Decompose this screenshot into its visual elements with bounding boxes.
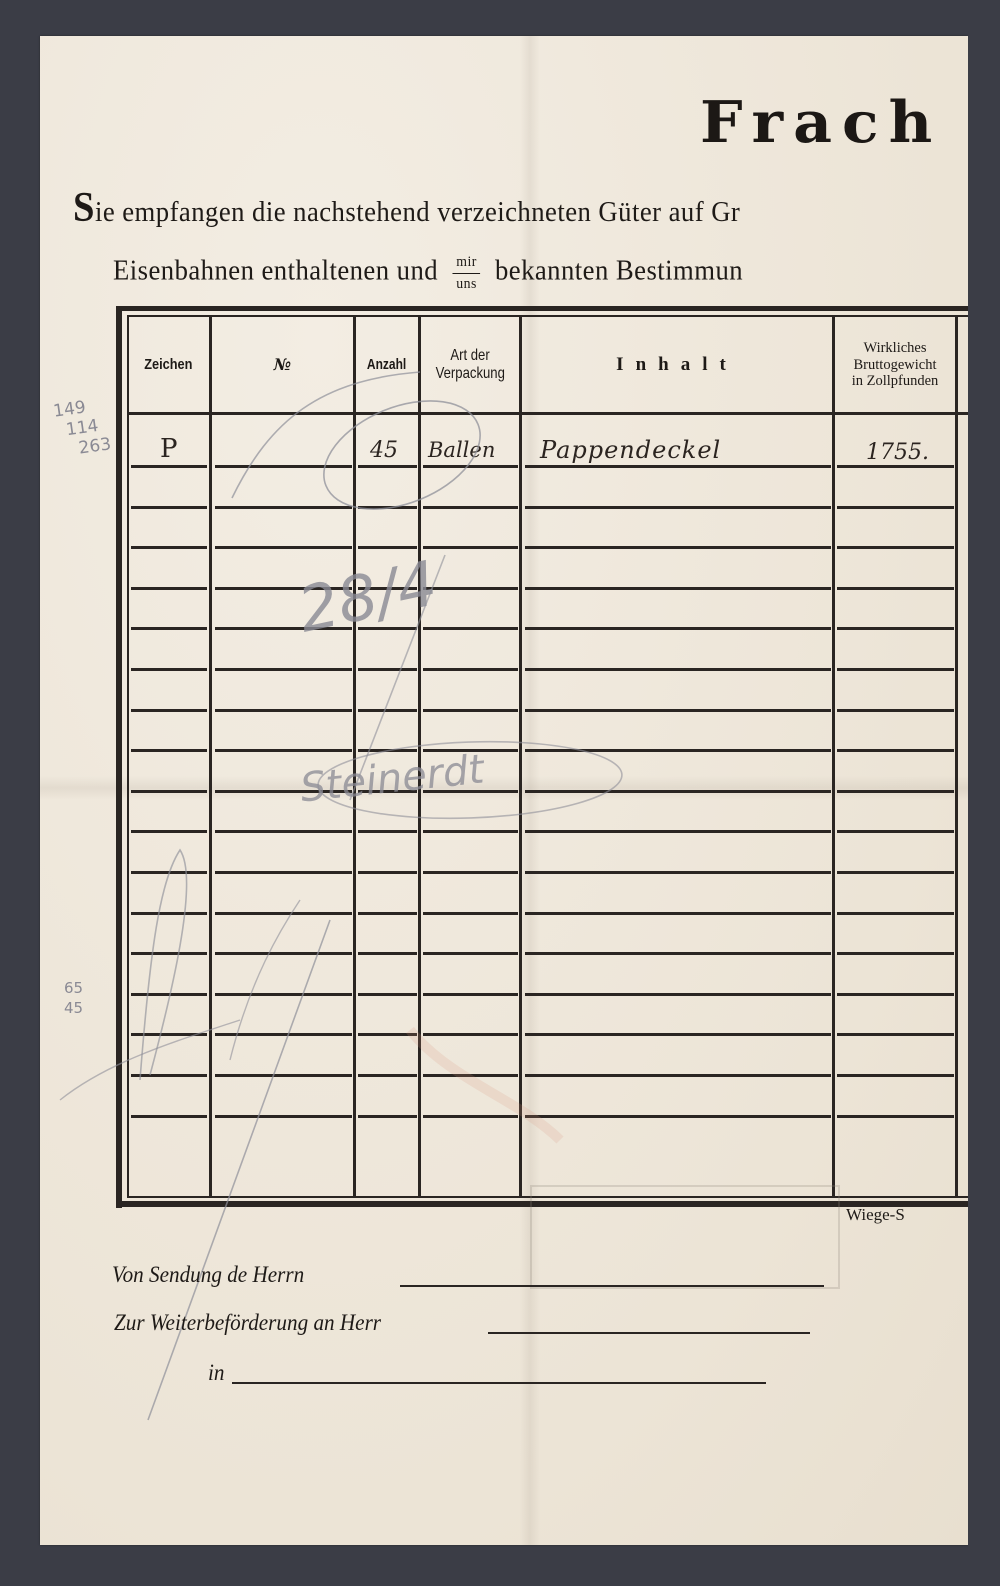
row-line	[837, 790, 954, 793]
row-line	[525, 749, 831, 752]
label-weiterbefoerderung: Zur Weiterbeförderung an Herr	[114, 1310, 381, 1336]
header-zeichen: Zeichen	[128, 318, 209, 412]
header-inhalt-label: Inhalt	[616, 354, 738, 376]
row-line	[131, 546, 207, 549]
row-line	[423, 668, 518, 671]
row-line	[131, 952, 207, 955]
row-line	[525, 1074, 831, 1077]
row-line	[525, 830, 831, 833]
column-divider	[832, 316, 835, 1196]
row-line	[215, 1074, 352, 1077]
header-nr-label: №	[274, 356, 291, 374]
row-line	[358, 465, 417, 468]
row-line	[358, 871, 417, 874]
row-line	[131, 668, 207, 671]
row-line	[423, 506, 518, 509]
row-1-zeichen: P	[160, 434, 178, 464]
header-bruttogewicht: Wirkliches Bruttogewicht in Zollpfunden	[835, 318, 955, 412]
intro-line-1: Sie empfangen die nachstehend verzeichne…	[73, 196, 740, 229]
row-line	[525, 952, 831, 955]
row-line	[131, 1115, 207, 1118]
row-line	[358, 709, 417, 712]
row-line	[215, 830, 352, 833]
intro-line-1-text: ie empfangen die nachstehend verzeichnet…	[95, 196, 740, 228]
row-1-art: Ballen	[428, 438, 495, 462]
row-line	[131, 790, 207, 793]
row-1-anzahl: 45	[370, 438, 398, 463]
row-line	[358, 1033, 417, 1036]
intro-line-2: Eisenbahnen enthaltenen und mir uns beka…	[113, 254, 743, 292]
row-line	[131, 587, 207, 590]
intro-line-2-after: bekannten Bestimmun	[495, 255, 743, 287]
label-in: in	[208, 1360, 224, 1386]
margin-calculation: 149 114 263	[52, 395, 112, 462]
margin-calculation-2: 65 45	[64, 978, 83, 1018]
margin-number: 65	[64, 978, 83, 998]
header-gewicht-label-1: Wirkliches	[863, 340, 926, 357]
fraction-numerator: mir	[453, 254, 481, 274]
row-line	[837, 912, 954, 915]
row-line	[131, 871, 207, 874]
row-line	[215, 993, 352, 996]
row-line	[131, 1033, 207, 1036]
fraction-denominator: uns	[453, 274, 481, 293]
row-line	[423, 912, 518, 915]
row-line	[215, 465, 352, 468]
row-line	[837, 506, 954, 509]
row-line	[131, 912, 207, 915]
header-inhalt: Inhalt	[522, 318, 832, 412]
row-line	[131, 627, 207, 630]
row-line	[358, 546, 417, 549]
field-in[interactable]	[232, 1382, 766, 1384]
header-gewicht-label-2: Bruttogewicht	[854, 357, 937, 374]
header-art-label-2: Verpackung	[435, 365, 504, 383]
row-line	[131, 1074, 207, 1077]
row-line	[131, 993, 207, 996]
row-line	[525, 790, 831, 793]
row-line	[215, 952, 352, 955]
row-line	[358, 1115, 417, 1118]
row-line	[215, 546, 352, 549]
row-line	[423, 952, 518, 955]
intro-line-2-before: Eisenbahnen enthaltenen und	[113, 255, 438, 287]
field-von-sendung[interactable]	[400, 1285, 824, 1287]
row-line	[423, 871, 518, 874]
row-line	[215, 1115, 352, 1118]
table-border	[127, 315, 968, 317]
row-line	[525, 465, 831, 468]
row-line	[423, 993, 518, 996]
row-line	[423, 546, 518, 549]
row-line	[837, 587, 954, 590]
row-line	[215, 749, 352, 752]
row-line	[358, 749, 417, 752]
header-gewicht-label-3: in Zollpfunden	[852, 373, 939, 390]
row-1-gewicht: 1755.	[866, 440, 929, 465]
column-divider	[519, 316, 522, 1196]
row-line	[215, 506, 352, 509]
header-zeichen-label: Zeichen	[144, 356, 192, 373]
row-line	[837, 465, 954, 468]
row-line	[131, 465, 207, 468]
faded-stamp	[530, 1185, 840, 1289]
row-line	[215, 668, 352, 671]
row-line	[423, 709, 518, 712]
table-border	[116, 306, 122, 1208]
row-line	[837, 546, 954, 549]
row-line	[525, 709, 831, 712]
row-line	[358, 952, 417, 955]
column-divider	[353, 316, 356, 1196]
row-line	[525, 627, 831, 630]
row-line	[131, 749, 207, 752]
row-line	[215, 1033, 352, 1036]
label-von-sendung: Von Sendung de Herrn	[112, 1262, 304, 1288]
row-line	[358, 993, 417, 996]
row-line	[525, 993, 831, 996]
header-anzahl: Anzahl	[356, 318, 418, 412]
row-line	[837, 627, 954, 630]
row-line	[837, 993, 954, 996]
row-line	[423, 1074, 518, 1077]
margin-number: 45	[64, 998, 83, 1018]
intro-dropcap: S	[73, 185, 95, 231]
row-line	[358, 912, 417, 915]
header-art-label-1: Art der	[450, 347, 489, 365]
mir-uns-fraction: mir uns	[453, 254, 481, 292]
table-border	[116, 306, 968, 311]
row-line	[131, 709, 207, 712]
header-anzahl-label: Anzahl	[367, 356, 406, 373]
row-line	[131, 506, 207, 509]
column-divider	[955, 316, 958, 1196]
header-nr: №	[212, 318, 353, 412]
document-title: Frach	[700, 90, 942, 157]
header-separator	[128, 412, 968, 415]
label-wiege: Wiege-S	[846, 1205, 905, 1225]
row-line	[358, 830, 417, 833]
row-line	[525, 912, 831, 915]
row-line	[215, 871, 352, 874]
row-line	[423, 830, 518, 833]
row-line	[837, 830, 954, 833]
row-line	[837, 1033, 954, 1036]
row-line	[131, 830, 207, 833]
row-line	[837, 749, 954, 752]
row-line	[837, 1074, 954, 1077]
row-line	[358, 668, 417, 671]
row-line	[423, 465, 518, 468]
row-line	[525, 506, 831, 509]
row-line	[215, 709, 352, 712]
row-line	[525, 668, 831, 671]
header-art-der-verpackung: Art der Verpackung	[421, 318, 519, 412]
row-line	[525, 1115, 831, 1118]
column-divider	[209, 316, 212, 1196]
row-line	[525, 871, 831, 874]
row-line	[525, 587, 831, 590]
background-edge	[968, 0, 1000, 1586]
row-line	[525, 546, 831, 549]
row-line	[837, 1115, 954, 1118]
row-line	[837, 709, 954, 712]
row-line	[215, 912, 352, 915]
row-1-inhalt: Pappendeckel	[540, 436, 721, 464]
row-line	[358, 1074, 417, 1077]
row-line	[837, 871, 954, 874]
row-line	[525, 1033, 831, 1036]
row-line	[423, 1115, 518, 1118]
row-line	[423, 627, 518, 630]
field-weiterbefoerderung[interactable]	[488, 1332, 810, 1334]
row-line	[837, 668, 954, 671]
row-line	[837, 952, 954, 955]
table-border	[127, 315, 129, 1198]
row-line	[423, 1033, 518, 1036]
row-line	[358, 506, 417, 509]
